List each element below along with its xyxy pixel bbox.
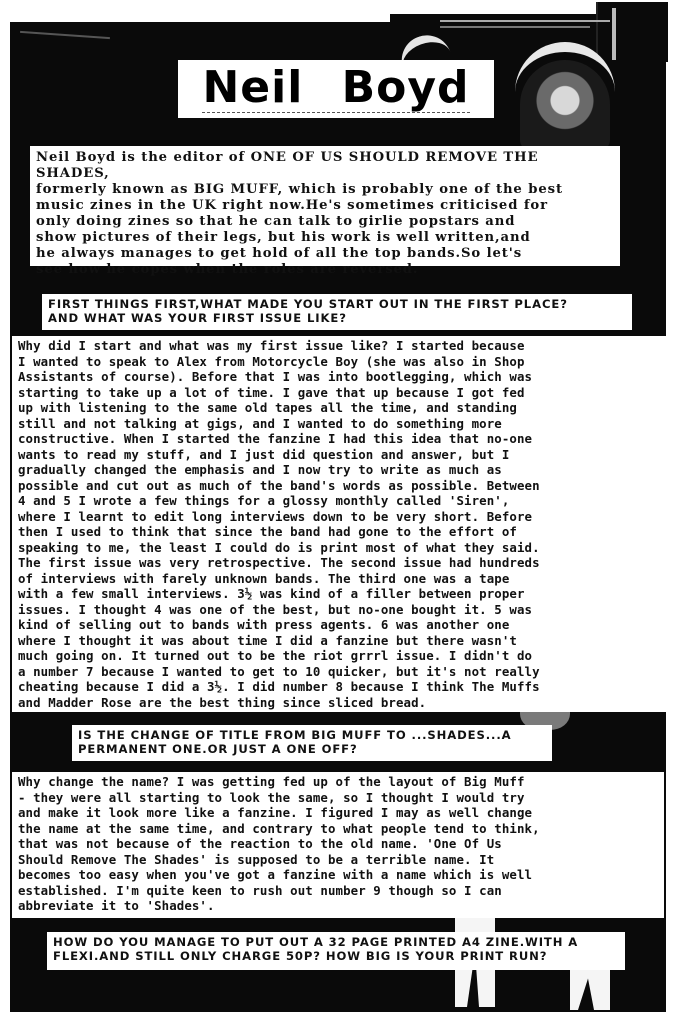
intro-text: Neil Boyd is the editor of ONE OF US SHO… [36,150,614,278]
answer-1: Why did I start and what was my first is… [18,338,664,710]
question-cutout-1: FIRST THINGS FIRST,WHAT MADE YOU START O… [42,294,632,330]
photo-figure [520,60,610,150]
question-cutout-3: HOW DO YOU MANAGE TO PUT OUT A 32 PAGE P… [47,932,625,970]
zine-page: Neil Boyd Neil Boyd is the editor of ONE… [0,0,676,1023]
question-2: IS THE CHANGE OF TITLE FROM BIG MUFF TO … [78,728,546,756]
photo-pillar [596,2,668,62]
answer-cutout-2: Why change the name? I was getting fed u… [12,772,664,918]
answer-cutout-1: Why did I start and what was my first is… [12,336,668,712]
question-3: HOW DO YOU MANAGE TO PUT OUT A 32 PAGE P… [53,935,619,963]
article-title: Neil Boyd [202,66,469,113]
photo-streak [440,20,610,22]
answer-2: Why change the name? I was getting fed u… [18,774,660,914]
question-1: FIRST THINGS FIRST,WHAT MADE YOU START O… [48,297,626,325]
photo-streak [440,26,590,28]
intro-cutout: Neil Boyd is the editor of ONE OF US SHO… [30,146,620,266]
title-cutout: Neil Boyd [178,60,494,118]
question-cutout-2: IS THE CHANGE OF TITLE FROM BIG MUFF TO … [72,725,552,761]
